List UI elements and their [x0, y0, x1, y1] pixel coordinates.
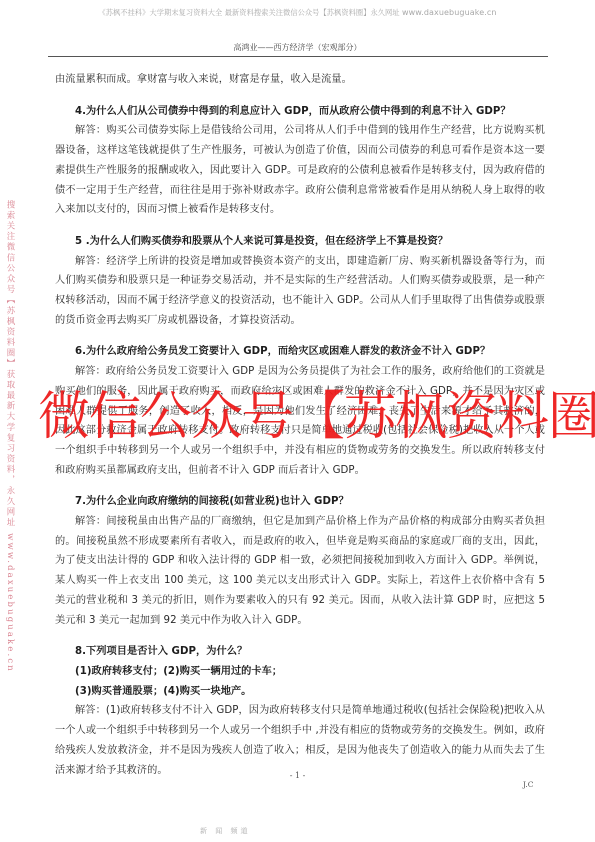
question-7: 7.为什么企业向政府缴纳的间接税(如营业税)也计入 GDP？	[55, 492, 545, 512]
side-watermark: 搜索关注微信公众号【苏枫资料圈】获取最新大学复习资料，永久网址 www.daxu…	[5, 200, 17, 673]
question-5: 5 .为什么人们购买债券和股票从个人来说可算是投资，但在经济学上不算是投资？	[55, 232, 545, 252]
answer-5: 解答：经济学上所讲的投资是增加或替换资本资产的支出，即建造新厂房、购买新机器设备…	[55, 252, 545, 331]
header-divider	[48, 56, 548, 57]
overlay-watermark: 微信公众号【苏枫资料圈】	[38, 387, 578, 447]
top-banner-text: 《苏枫不挂科》大学期末复习资料大全 最新资料搜索关注微信公众号【苏枫资料圈】永久…	[98, 8, 402, 17]
top-banner-url[interactable]: www.daxuebuguake.cn	[402, 8, 497, 17]
bottom-nav-link[interactable]: 新 闻 频道	[200, 826, 250, 836]
intro-line: 由流量累积而成。拿财富与收入来说，财富是存量，收入是流量。	[55, 70, 545, 90]
answer-8: 解答：(1)政府转移支付不计入 GDP，因为政府转移支付只是简单地通过税收(包括…	[55, 701, 545, 780]
author-mark: J.C	[523, 780, 534, 789]
answer-4: 解答：购买公司债券实际上是借钱给公司用，公司将从人们手中借到的钱用作生产经营，比…	[55, 121, 545, 220]
question-6: 6.为什么政府给公务员发工资要计入 GDP，而给灾区或困难人群发的救济金不计入 …	[55, 342, 545, 362]
question-8: 8.下列项目是否计入 GDP，为什么？	[55, 642, 545, 662]
top-banner: 《苏枫不挂科》大学期末复习资料大全 最新资料搜索关注微信公众号【苏枫资料圈】永久…	[0, 8, 595, 18]
page-number: - 1 -	[0, 771, 595, 780]
question-8-sub-1: (1)政府转移支付；(2)购买一辆用过的卡车；	[55, 662, 545, 682]
running-header: 高鸿业——西方经济学（宏观部分）	[0, 42, 595, 53]
answer-7: 解答：间接税虽由出售产品的厂商缴纳，但它是加到产品价格上作为产品价格的构成部分由…	[55, 512, 545, 630]
question-4: 4.为什么人们从公司债券中得到的利息应计入 GDP，而从政府公债中得到的利息不计…	[55, 102, 545, 122]
question-8-sub-2: (3)购买普通股票；(4)购买一块地产。	[55, 682, 545, 702]
